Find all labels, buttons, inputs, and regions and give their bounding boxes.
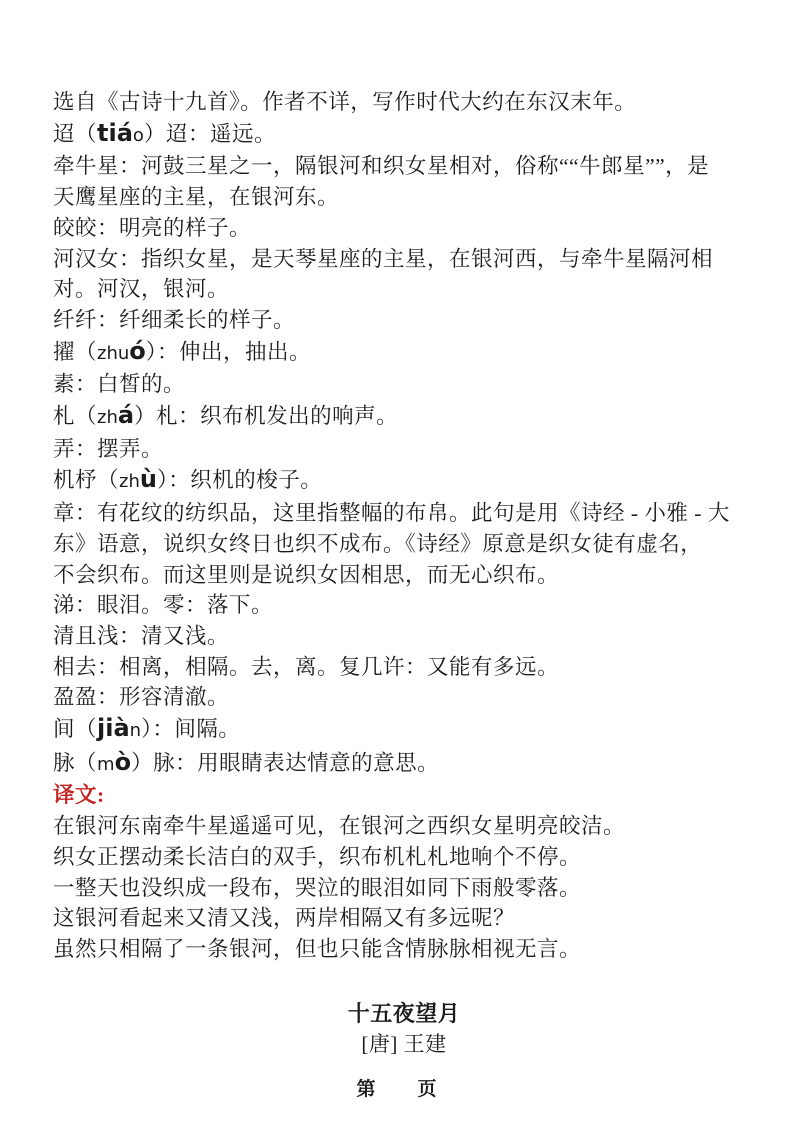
note-line: 札（zhá）札：织布机发出的响声。 bbox=[53, 400, 755, 434]
pinyin-text: á bbox=[118, 401, 134, 429]
note-text: 牵牛星：河鼓三星之一，隔银河和织女星相对，俗称““牛郎星””，是 bbox=[53, 154, 709, 178]
translation-heading: 译文: bbox=[53, 780, 755, 811]
pinyin-text: m bbox=[97, 754, 115, 775]
translation-line: 虽然只相隔了一条银河，但也只能含情脉脉相视无言。 bbox=[53, 934, 755, 965]
note-text: 盈盈：形容清澈。 bbox=[53, 685, 229, 709]
note-text: 脉（ bbox=[53, 751, 97, 775]
note-line: 弄：摆弄。 bbox=[53, 434, 755, 465]
note-text: ）脉：用眼睛表达情意的意思。 bbox=[131, 751, 439, 775]
note-line: 清且浅：清又浅。 bbox=[53, 621, 755, 652]
translation-line: 一整天也没织成一段布，哭泣的眼泪如同下雨般零落。 bbox=[53, 873, 755, 904]
note-line: 脉（mò）脉：用眼睛表达情意的意思。 bbox=[53, 747, 755, 781]
note-text: 间（ bbox=[53, 717, 97, 741]
note-line: 素：白皙的。 bbox=[53, 369, 755, 400]
note-line: 涕：眼泪。零：落下。 bbox=[53, 590, 755, 621]
note-text: 选自《古诗十九首》。作者不详，写作时代大约在东汉末年。 bbox=[53, 90, 636, 114]
note-line: 机杼（zhù）：织机的梭子。 bbox=[53, 464, 755, 498]
translation-line: 织女正摆动柔长洁白的双手，织布机札札地响个不停。 bbox=[53, 842, 755, 873]
note-text: ）：织机的梭子。 bbox=[157, 468, 322, 492]
note-text: 河汉女：指织女星，是天琴星座的主星，在银河西，与牵牛星隔河相 bbox=[53, 247, 713, 271]
note-text: 不会织布。而这里则是说织女因相思，而无心织布。 bbox=[53, 563, 559, 587]
note-line: 牵牛星：河鼓三星之一，隔银河和织女星相对，俗称““牛郎星””，是 bbox=[53, 151, 755, 182]
note-text: 皎皎：明亮的样子。 bbox=[53, 216, 251, 240]
note-text: 迢（ bbox=[53, 122, 97, 146]
page-footer: 第页 bbox=[0, 1074, 793, 1101]
next-poem-author: [唐] 王建 bbox=[53, 1029, 755, 1060]
note-text: 清且浅：清又浅。 bbox=[53, 624, 229, 648]
pinyin-text: tiá bbox=[97, 119, 133, 147]
pinyin-text: ù bbox=[140, 465, 157, 493]
annotations-section: 选自《古诗十九首》。作者不详，写作时代大约在东汉末年。迢（tiáo）迢：遥远。牵… bbox=[53, 87, 755, 780]
note-line: 相去：相离，相隔。去，离。复几许：又能有多远。 bbox=[53, 652, 755, 683]
note-line: 皎皎：明亮的样子。 bbox=[53, 213, 755, 244]
note-text: 札（ bbox=[53, 404, 97, 428]
note-text: 纤纤：纤细柔长的样子。 bbox=[53, 308, 295, 332]
note-line: 纤纤：纤细柔长的样子。 bbox=[53, 305, 755, 336]
pinyin-text: ò bbox=[115, 748, 132, 776]
note-line: 间（jiàn）：间隔。 bbox=[53, 713, 755, 747]
note-line: 河汉女：指织女星，是天琴星座的主星，在银河西，与牵牛星隔河相 bbox=[53, 244, 755, 275]
footer-page-suffix: 页 bbox=[418, 1079, 437, 1100]
pinyin-text: n bbox=[130, 720, 141, 741]
note-text: 涕：眼泪。零：落下。 bbox=[53, 593, 273, 617]
note-line: 章：有花纹的纺织品，这里指整幅的布帛。此句是用《诗经 - 小雅 - 大 bbox=[53, 498, 755, 529]
pinyin-text: zhu bbox=[97, 343, 129, 364]
document-page: 选自《古诗十九首》。作者不详，写作时代大约在东汉末年。迢（tiáo）迢：遥远。牵… bbox=[0, 0, 793, 1122]
note-text: ）迢：遥远。 bbox=[144, 122, 276, 146]
translation-line: 这银河看起来又清又浅，两岸相隔又有多远呢？ bbox=[53, 903, 755, 934]
pinyin-text: jià bbox=[97, 714, 130, 742]
note-line: 对。河汉，银河。 bbox=[53, 274, 755, 305]
note-text: ）：伸出，抽出。 bbox=[146, 340, 311, 364]
note-line: 盈盈：形容清澈。 bbox=[53, 682, 755, 713]
note-line: 东》语意，说织女终日也织不成布。《诗经》原意是织女徒有虚名， bbox=[53, 529, 755, 560]
translation-section: 在银河东南牵牛星遥遥可见，在银河之西织女星明亮皎洁。织女正摆动柔长洁白的双手，织… bbox=[53, 811, 755, 965]
note-text: ）：间隔。 bbox=[141, 717, 240, 741]
note-text: 机杼（ bbox=[53, 468, 119, 492]
footer-page-prefix: 第 bbox=[356, 1079, 375, 1100]
next-poem-block: 十五夜望月 [唐] 王建 bbox=[53, 998, 755, 1060]
pinyin-text: zh bbox=[97, 407, 118, 428]
note-text: 东》语意，说织女终日也织不成布。《诗经》原意是织女徒有虚名， bbox=[53, 532, 702, 556]
pinyin-text: ó bbox=[129, 337, 146, 365]
note-text: 素：白皙的。 bbox=[53, 372, 185, 396]
note-line: 不会织布。而这里则是说织女因相思，而无心织布。 bbox=[53, 560, 755, 591]
page-content: 选自《古诗十九首》。作者不详，写作时代大约在东汉末年。迢（tiáo）迢：遥远。牵… bbox=[0, 0, 793, 1060]
note-text: 相去：相离，相隔。去，离。复几许：又能有多远。 bbox=[53, 655, 559, 679]
translation-line: 在银河东南牵牛星遥遥可见，在银河之西织女星明亮皎洁。 bbox=[53, 811, 755, 842]
note-line: 天鹰星座的主星，在银河东。 bbox=[53, 182, 755, 213]
next-poem-title: 十五夜望月 bbox=[53, 998, 755, 1029]
note-text: 弄：摆弄。 bbox=[53, 437, 163, 461]
note-text: 对。河汉，银河。 bbox=[53, 277, 229, 301]
note-text: 擢（ bbox=[53, 340, 97, 364]
note-line: 擢（zhuó）：伸出，抽出。 bbox=[53, 336, 755, 370]
pinyin-text: zh bbox=[119, 471, 140, 492]
note-text: 章：有花纹的纺织品，这里指整幅的布帛。此句是用《诗经 - 小雅 - 大 bbox=[53, 501, 730, 525]
note-line: 迢（tiáo）迢：遥远。 bbox=[53, 118, 755, 152]
pinyin-text: o bbox=[133, 125, 144, 146]
note-text: 天鹰星座的主星，在银河东。 bbox=[53, 185, 339, 209]
note-line: 选自《古诗十九首》。作者不详，写作时代大约在东汉末年。 bbox=[53, 87, 755, 118]
note-text: ）札：织布机发出的响声。 bbox=[134, 404, 398, 428]
